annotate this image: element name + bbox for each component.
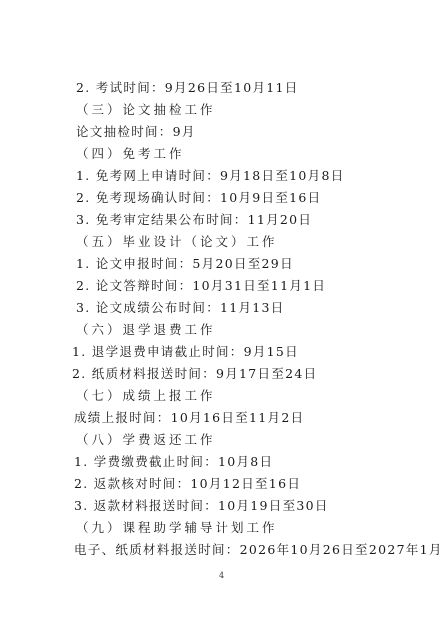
- schedule-line: 1. 学费缴费截止时间：10月8日: [74, 454, 273, 470]
- schedule-line: 2. 纸质材料报送时间：9月17日至24日: [72, 366, 317, 382]
- schedule-line: 成绩上报时间：10月16日至11月2日: [74, 410, 304, 426]
- schedule-line: 3. 免考审定结果公布时间：11月20日: [76, 212, 312, 228]
- schedule-line: 论文抽检时间：9月: [76, 124, 196, 140]
- schedule-line: 2. 返款核对时间：10月12日至16日: [74, 476, 301, 492]
- schedule-line: 2. 免考现场确认时间：10月9日至16日: [76, 190, 321, 206]
- document-page: 2. 考试时间：9月26日至10月11日（三）论文抽检工作论文抽检时间：9月（四…: [0, 0, 440, 622]
- section-heading: （三）论文抽检工作: [76, 102, 216, 118]
- section-heading: （九）课程助学辅导计划工作: [76, 520, 278, 536]
- schedule-line: 3. 返款材料报送时间：10月19日至30日: [74, 498, 329, 514]
- schedule-line: 2. 论文答辩时间：10月31日至11月1日: [76, 278, 326, 294]
- section-heading: （五）毕业设计（论文）工作: [76, 234, 278, 250]
- schedule-line: 2. 考试时间：9月26日至10月11日: [76, 80, 299, 96]
- section-heading: （四）免考工作: [76, 146, 185, 162]
- page-number: 4: [219, 571, 224, 580]
- schedule-line: 1. 退学退费申请截止时间：9月15日: [72, 344, 299, 360]
- schedule-line: 3. 论文成绩公布时间：11月13日: [76, 300, 285, 316]
- section-heading: （六）退学退费工作: [76, 322, 216, 338]
- schedule-line: 电子、纸质材料报送时间：2026年10月26日至2027年1月8日: [74, 542, 440, 558]
- section-heading: （八）学费返还工作: [76, 432, 216, 448]
- schedule-line: 1. 免考网上申请时间：9月18日至10月8日: [76, 168, 345, 184]
- schedule-line: 1. 论文申报时间：5月20日至29日: [76, 256, 294, 272]
- section-heading: （七）成绩上报工作: [76, 388, 216, 404]
